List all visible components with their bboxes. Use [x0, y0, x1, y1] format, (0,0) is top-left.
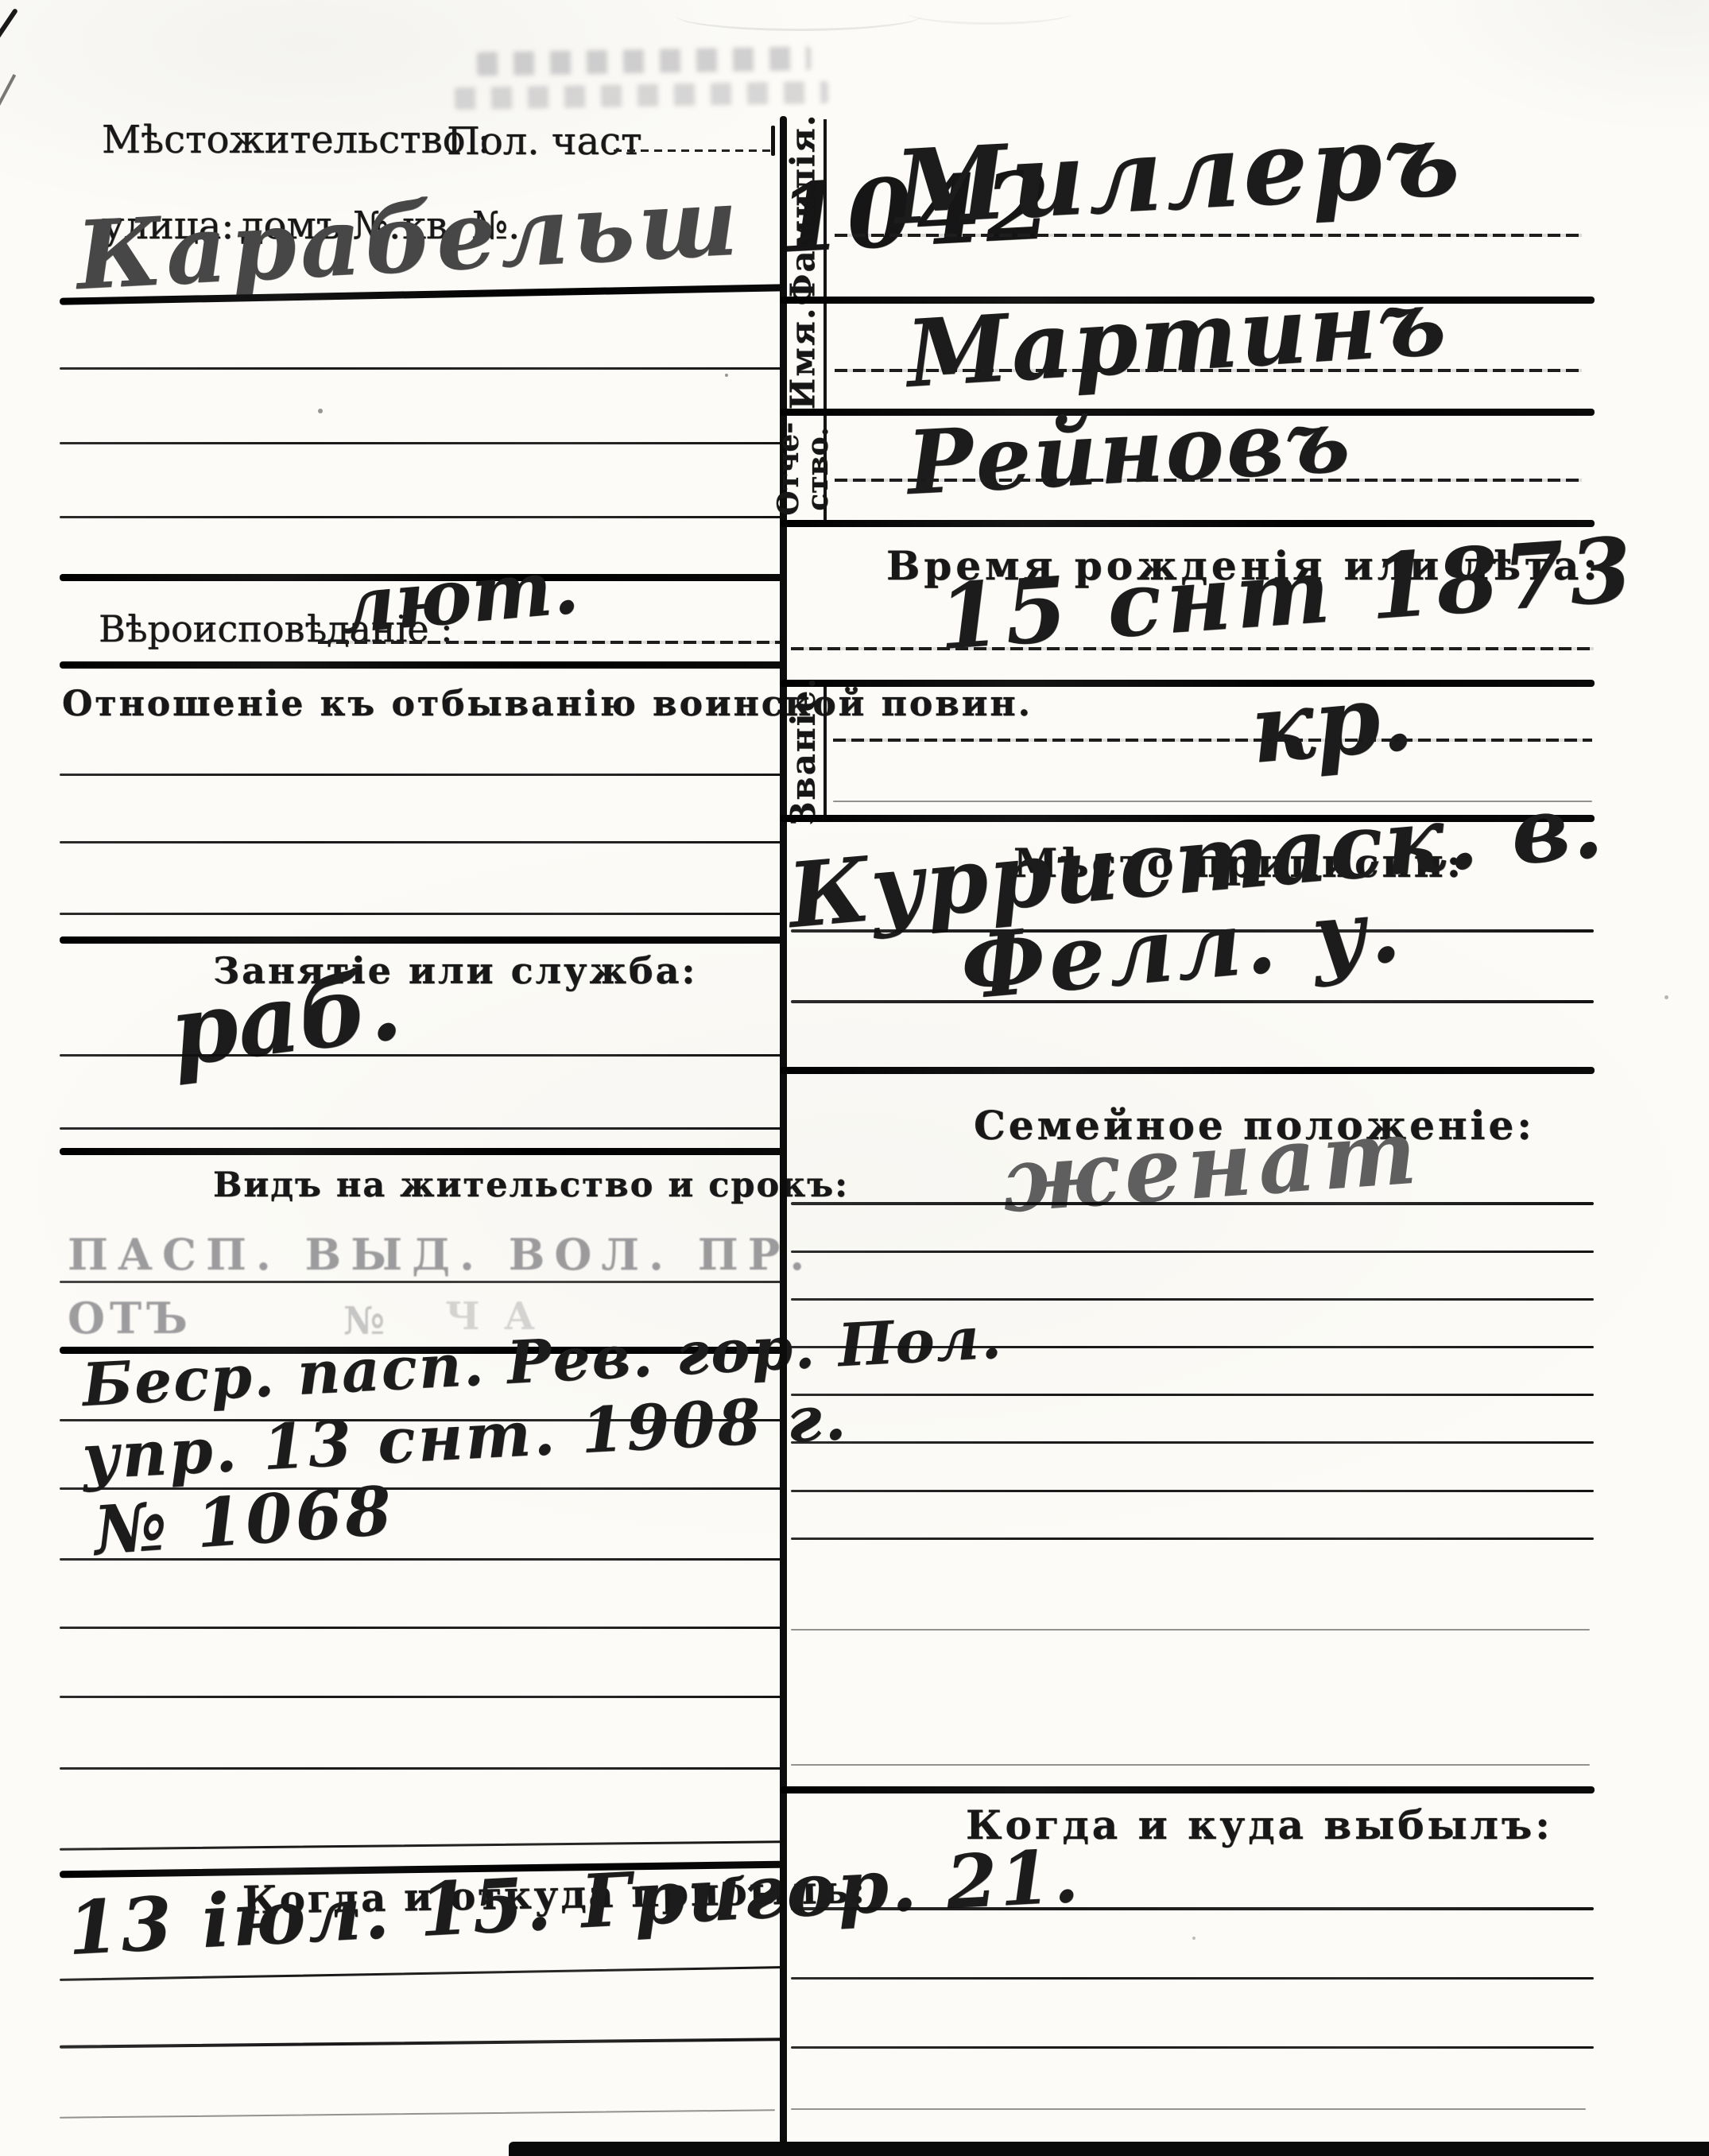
- fill-line-tick: [771, 126, 775, 156]
- ink-speck: [1192, 1937, 1196, 1940]
- ink-speck: [725, 374, 728, 377]
- occupation-value-handwriting: раб.: [165, 949, 407, 1088]
- patronymic-label: Отче- ство.: [774, 422, 832, 516]
- firstname-label-box: Имя.: [782, 300, 825, 416]
- rule-line: [60, 1281, 781, 1283]
- patronymic-value-handwriting: Рейновъ: [905, 389, 1354, 514]
- passport-stamp-line1: ПАСП. ВЫД. ВОЛ. ПР.: [68, 1229, 814, 1280]
- ink-speck: [1664, 995, 1668, 999]
- rule-line: [60, 913, 781, 915]
- patronymic-label-box: Отче- ство.: [782, 416, 825, 522]
- residence-label: Мѣстожительство :: [102, 118, 490, 162]
- passport-stamp-from: ОТЪ: [68, 1293, 192, 1344]
- rule-line: [60, 1840, 781, 1851]
- patronymic-label-line2: ство.: [804, 422, 833, 516]
- stamp-smudge: [455, 81, 828, 110]
- rule-line: [791, 2046, 1594, 2049]
- rule-line: [60, 1558, 781, 1561]
- military-duty-label: Отношеніе къ отбыванію воинской повин.: [62, 684, 1033, 724]
- rule-line: [791, 1394, 1594, 1396]
- rule-line: [791, 1346, 1594, 1348]
- firstname-value-handwriting: Мартинъ: [904, 268, 1451, 409]
- rule-line: [791, 1629, 1590, 1631]
- rule-line: [60, 1054, 781, 1057]
- surname-label: Фамилія.: [787, 114, 821, 306]
- surname-value-handwriting: Миллеръ: [892, 99, 1465, 248]
- departed-label: Когда и куда выбылъ:: [966, 1801, 1553, 1848]
- bottom-scan-bar: [509, 2142, 1709, 2156]
- rank-value-handwriting: кр.: [1246, 661, 1417, 785]
- rank-label: Званіе.: [787, 676, 821, 826]
- rule-line: [791, 1441, 1594, 1444]
- paper-crease: [676, 0, 922, 31]
- rule-line: [791, 1977, 1594, 1980]
- rule-line: [791, 1000, 1594, 1003]
- religion-value-handwriting: лют.: [335, 541, 582, 651]
- rule-line: [791, 1298, 1594, 1301]
- rule-line: [60, 1696, 781, 1698]
- rule-line: [60, 1767, 781, 1770]
- rule-line: [791, 1907, 1594, 1910]
- surname-label-box: Фамилія.: [782, 119, 825, 300]
- dotted-rule: [835, 234, 1582, 237]
- rule-line: [60, 841, 781, 843]
- rule-line: [60, 516, 781, 518]
- rule-line: [60, 367, 781, 370]
- rule-line: [60, 774, 781, 776]
- fill-line: [614, 149, 773, 152]
- heavy-rule: [780, 680, 1595, 687]
- dotted-rule: [835, 369, 1582, 372]
- firstname-label: Имя.: [787, 306, 821, 409]
- rule-line: [791, 1202, 1594, 1205]
- dotted-rule: [318, 641, 783, 644]
- heavy-rule: [60, 661, 783, 669]
- ink-speck: [318, 409, 323, 413]
- heavy-rule: [60, 936, 783, 944]
- rule-line: [791, 1251, 1594, 1253]
- heavy-rule: [780, 1067, 1595, 1074]
- heavy-rule: [780, 520, 1595, 527]
- dotted-rule: [835, 479, 1582, 482]
- registration-card: Мѣстожительство : Пол. част улица: домъ …: [0, 0, 1709, 2156]
- rule-line: [791, 2108, 1586, 2110]
- rule-line: [791, 1764, 1590, 1766]
- rule-line: [60, 2109, 775, 2118]
- patronymic-label-line1: Отче-: [774, 422, 804, 516]
- dotted-rule: [791, 647, 1594, 650]
- rule-line: [60, 2038, 781, 2049]
- police-part-label: Пол. част: [447, 119, 642, 164]
- ink-stroke: [0, 74, 16, 125]
- arrived-value-handwriting: 13 іюл. 15. Григор. 21.: [65, 1832, 1083, 1972]
- rule-line: [60, 1127, 781, 1130]
- heavy-rule: [780, 1786, 1595, 1793]
- rule-line: [60, 442, 781, 444]
- rule-line: [60, 1966, 781, 1981]
- rule-line: [60, 1627, 781, 1629]
- paper-crease: [906, 0, 1073, 25]
- rule-line: [791, 1538, 1594, 1540]
- heavy-rule: [60, 1148, 783, 1155]
- dotted-rule: [833, 739, 1592, 742]
- stamp-smudge: [477, 46, 811, 76]
- residence-permit-label: Видъ на жительство и срокъ:: [213, 1165, 849, 1205]
- rank-label-box: Званіе.: [782, 682, 825, 819]
- rule-line: [791, 1490, 1594, 1492]
